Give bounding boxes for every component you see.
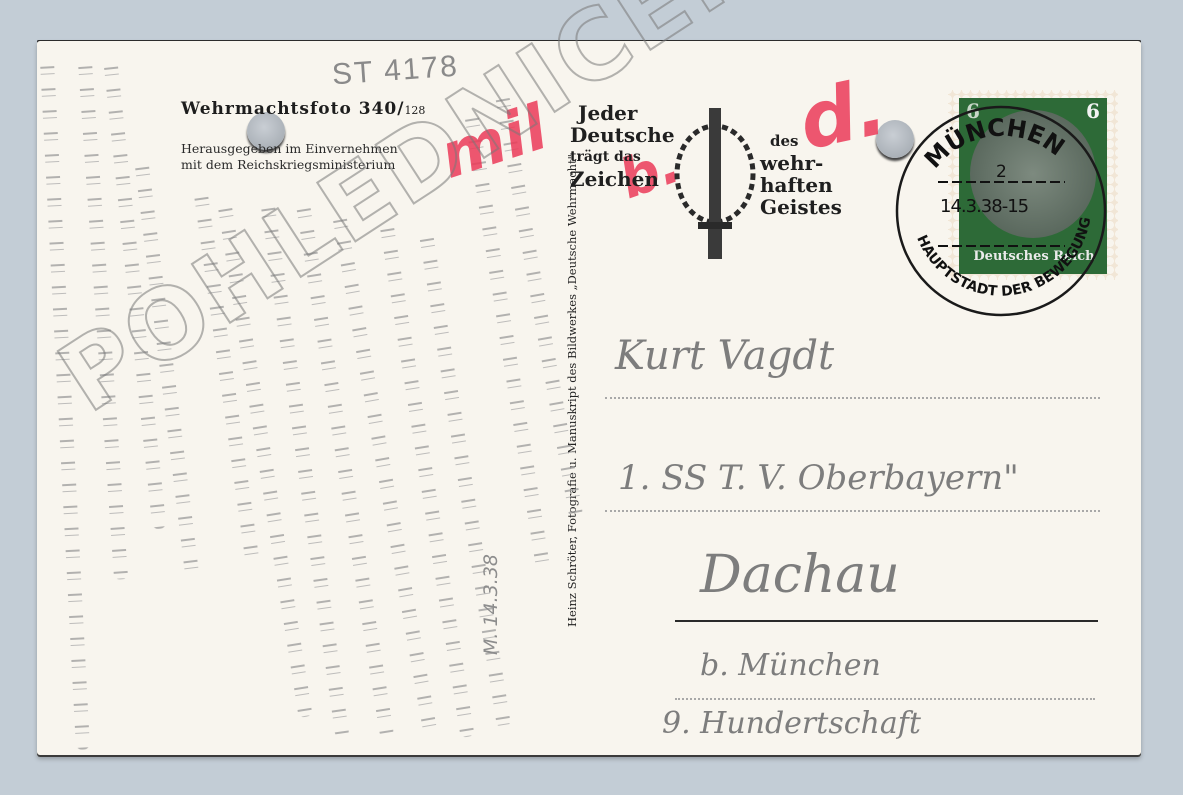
address-dotted-line: [675, 698, 1095, 700]
address-subunit: 9. Hundertschaft: [662, 706, 921, 741]
address-underline: [675, 620, 1098, 622]
slogan-word: Deutsche: [570, 124, 675, 146]
postmark-date: 14.3.38-15: [940, 196, 1028, 217]
address-unit: 1. SS T. V. Oberbayern": [618, 458, 1019, 498]
cancel-slogan-right: des wehr- haften Geistes: [760, 130, 842, 218]
address-dotted-line: [605, 397, 1100, 399]
slogan-word: Geistes: [760, 196, 842, 218]
slogan-word: Zeichen: [570, 168, 675, 190]
address-dotted-line: [605, 510, 1100, 512]
svg-text:HAUPTSTADT DER BEWEGUNG: HAUPTSTADT DER BEWEGUNG: [913, 216, 1094, 300]
address-city: Dachau: [700, 545, 900, 605]
slogan-word: wehr-: [760, 152, 842, 174]
svg-text:MÜNCHEN: MÜNCHEN: [919, 114, 1070, 174]
sword-and-wreath-emblem: [670, 104, 760, 264]
title-text: Wehrmachtsfoto 340/: [181, 99, 404, 119]
slogan-word: trägt das: [570, 146, 675, 168]
address-name: Kurt Vagdt: [615, 333, 834, 379]
address-region: b. München: [700, 648, 881, 683]
slogan-word: des: [760, 130, 842, 152]
message-date: M. 14.3.38: [480, 554, 502, 655]
postmark-number: 2: [996, 162, 1007, 182]
slogan-word: haften: [760, 174, 842, 196]
